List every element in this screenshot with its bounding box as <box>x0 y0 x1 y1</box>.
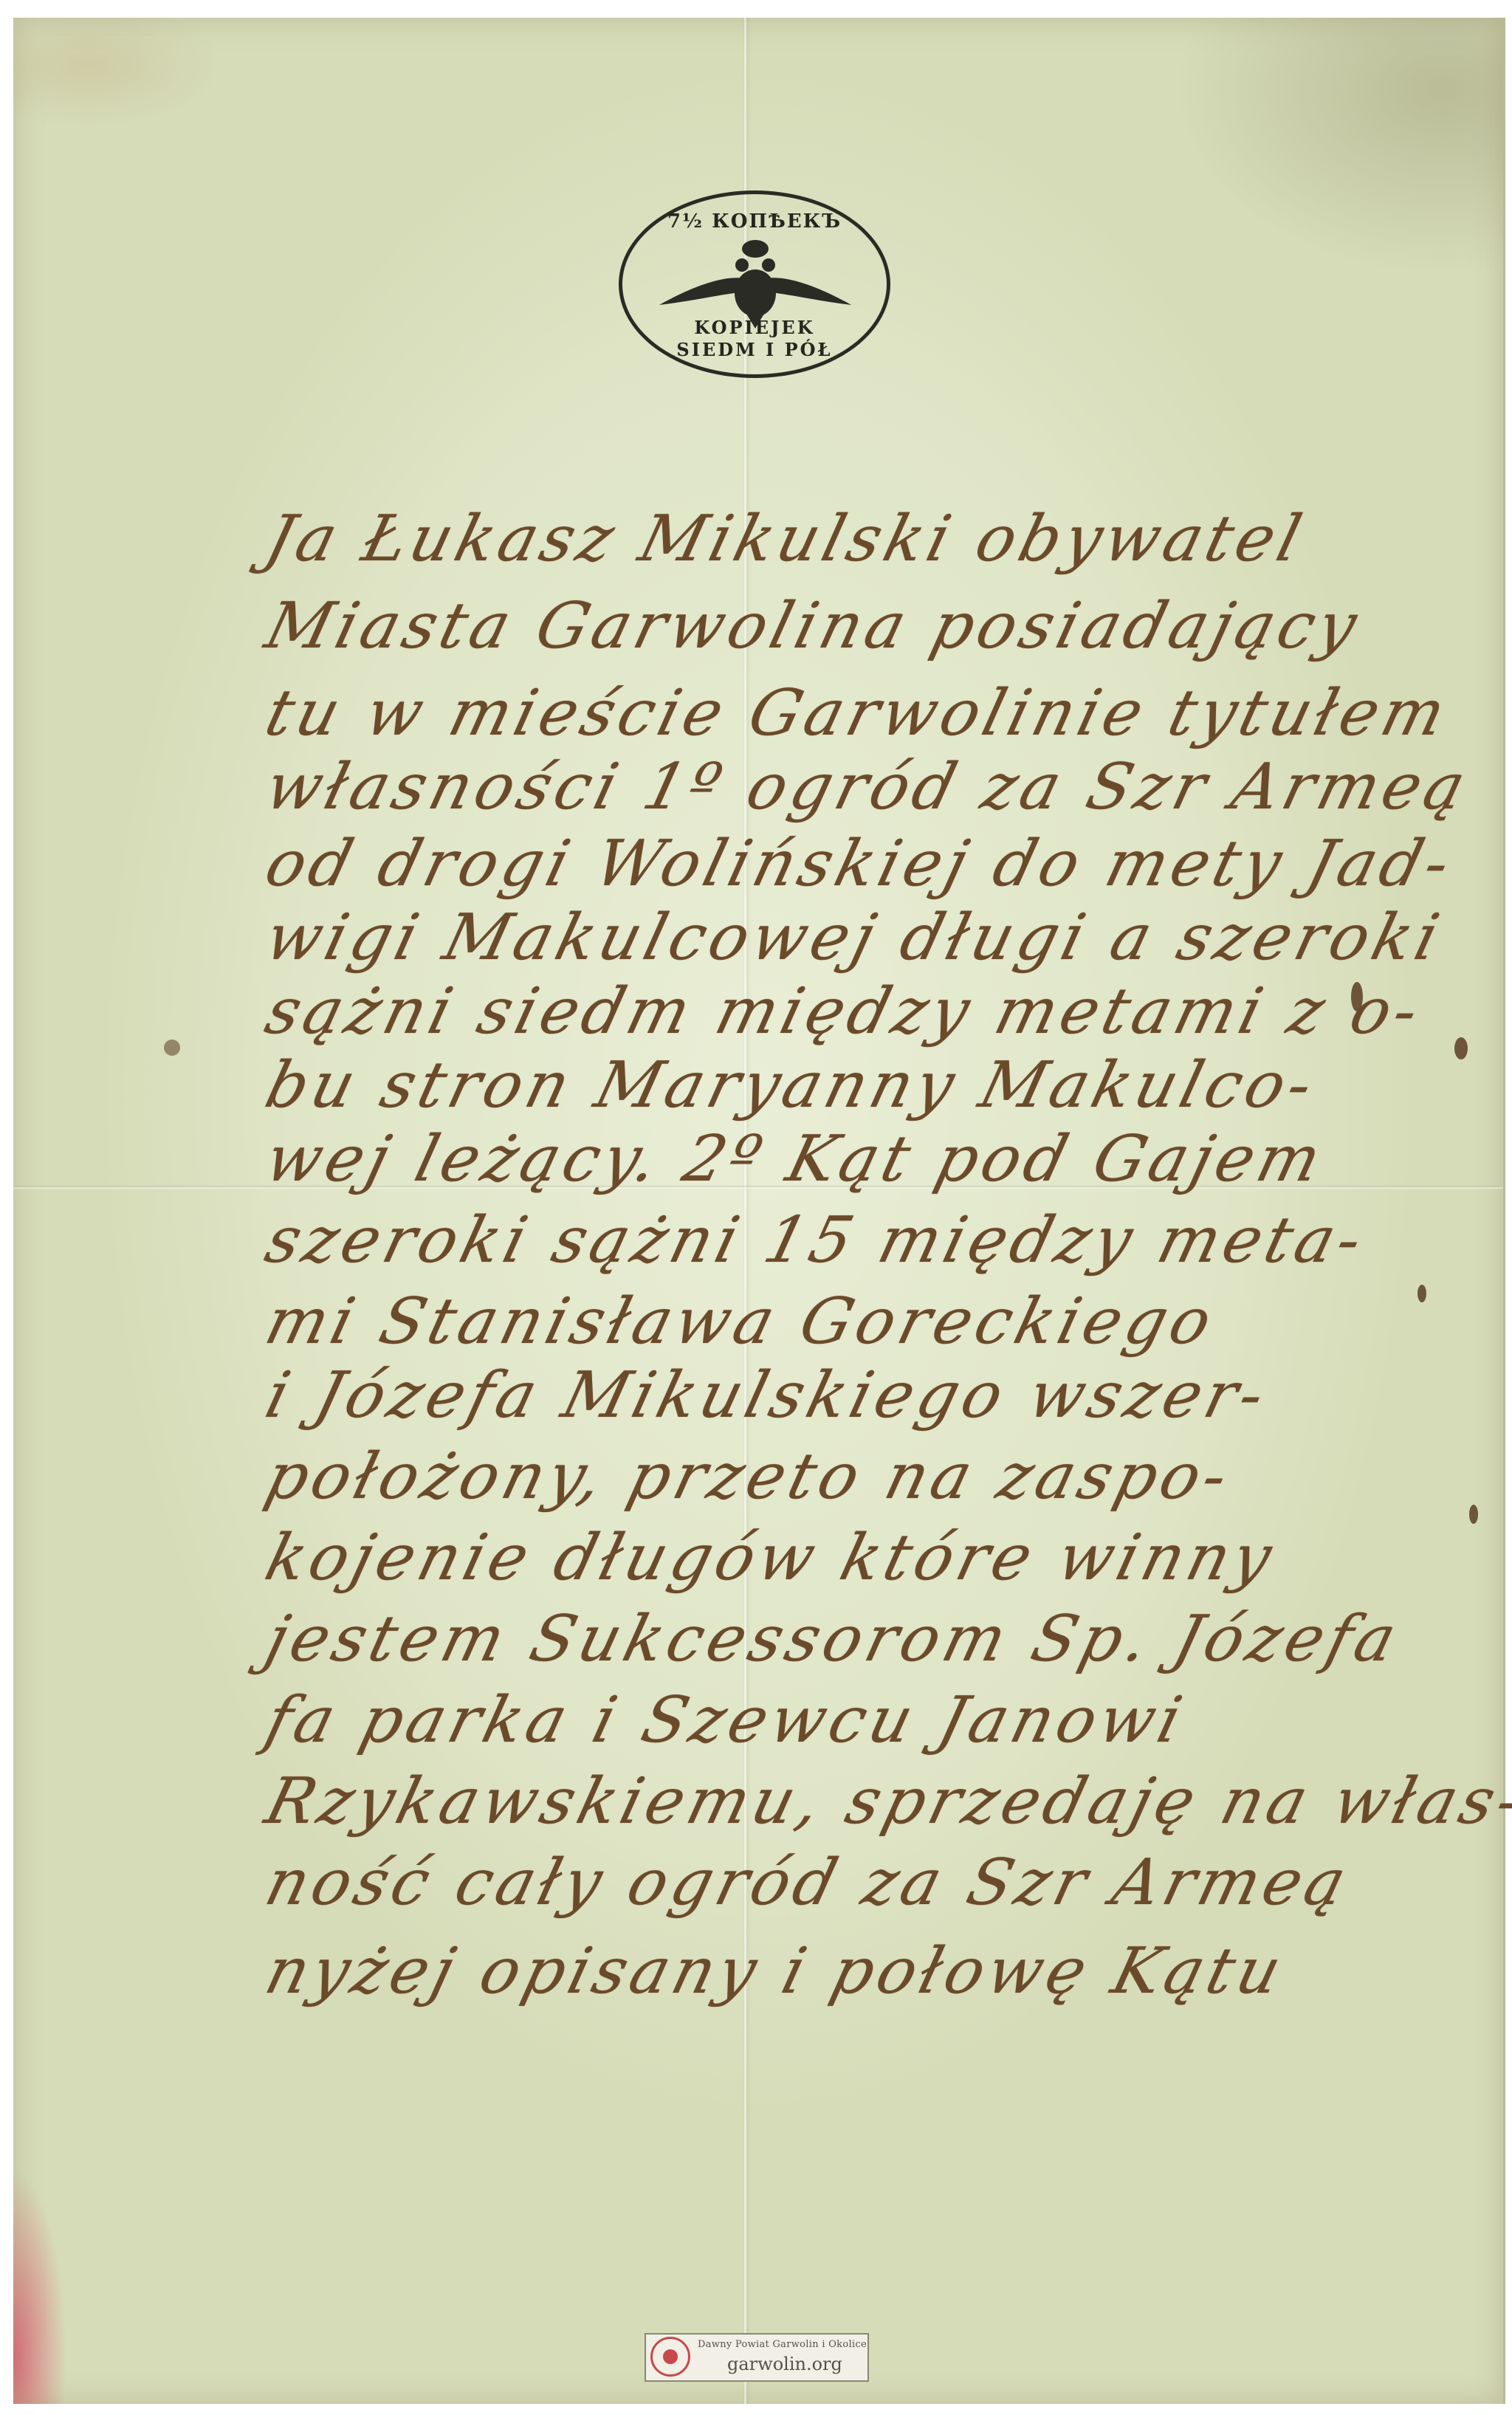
manuscript-line: sążni siedm między metami z o- <box>258 975 1430 1048</box>
manuscript-line: kojenie długów które winny <box>258 1521 1283 1595</box>
watermark-url: garwolin.org <box>727 2354 842 2374</box>
manuscript-line: wej leżący. 2º Kąt pod Gajem <box>258 1122 1333 1196</box>
manuscript-line: nyżej opisany i połowę Kątu <box>258 1934 1293 2008</box>
ink-blot <box>1454 1037 1468 1059</box>
manuscript-line: Rzykawskiemu, sprzedaję na włas- <box>258 1765 1512 1838</box>
ink-blot <box>1469 1505 1478 1524</box>
site-watermark: Dawny Powiat Garwolin i Okolice garwolin… <box>645 2333 869 2382</box>
revenue-stamp: 7½ КОПѢЕКЪ KOPIEJEK SIEDM I PÓŁ <box>619 190 890 378</box>
manuscript-line: i Józefa Mikulskiego wszer- <box>258 1358 1276 1432</box>
manuscript-line: Ja Łukasz Mikulski obywatel <box>258 502 1313 576</box>
manuscript-line: mi Stanisława Goreckiego <box>258 1285 1223 1358</box>
seal-icon <box>650 2337 690 2377</box>
stamp-text-siedm-i-pol: SIEDM I PÓŁ <box>622 339 887 360</box>
manuscript-line: położony, przeto na zaspo- <box>258 1440 1239 1514</box>
ink-blot <box>164 1040 180 1056</box>
manuscript-line: od drogi Wolińskiej do mety Jad- <box>258 827 1461 901</box>
manuscript-line: szeroki sążni 15 między meta- <box>258 1203 1373 1277</box>
manuscript-line: własności 1º ogród za Szr Armeą <box>258 750 1477 824</box>
stamp-denomination-cyrillic: 7½ КОПѢЕКЪ <box>622 210 887 233</box>
manuscript-line: Miasta Garwolina posiadający <box>258 589 1368 663</box>
manuscript-line: jestem Sukcessorom Sp. Józefa <box>258 1602 1407 1676</box>
stamp-text-kopiejek: KOPIEJEK <box>622 317 887 338</box>
manuscript-line: tu w mieście Garwolinie tytułem <box>258 676 1457 750</box>
watermark-title: Dawny Powiat Garwolin i Okolice <box>698 2339 867 2350</box>
manuscript-line: bu stron Maryanny Makulco- <box>258 1048 1324 1122</box>
manuscript-line: fa parka i Szewcu Janowi <box>258 1683 1193 1757</box>
manuscript-line: ność cały ogród za Szr Armeą <box>258 1846 1358 1920</box>
manuscript-line: wigi Makulcowej długi a szeroki <box>258 901 1450 975</box>
double-headed-eagle-icon <box>652 240 859 329</box>
ink-blot <box>1417 1285 1426 1302</box>
